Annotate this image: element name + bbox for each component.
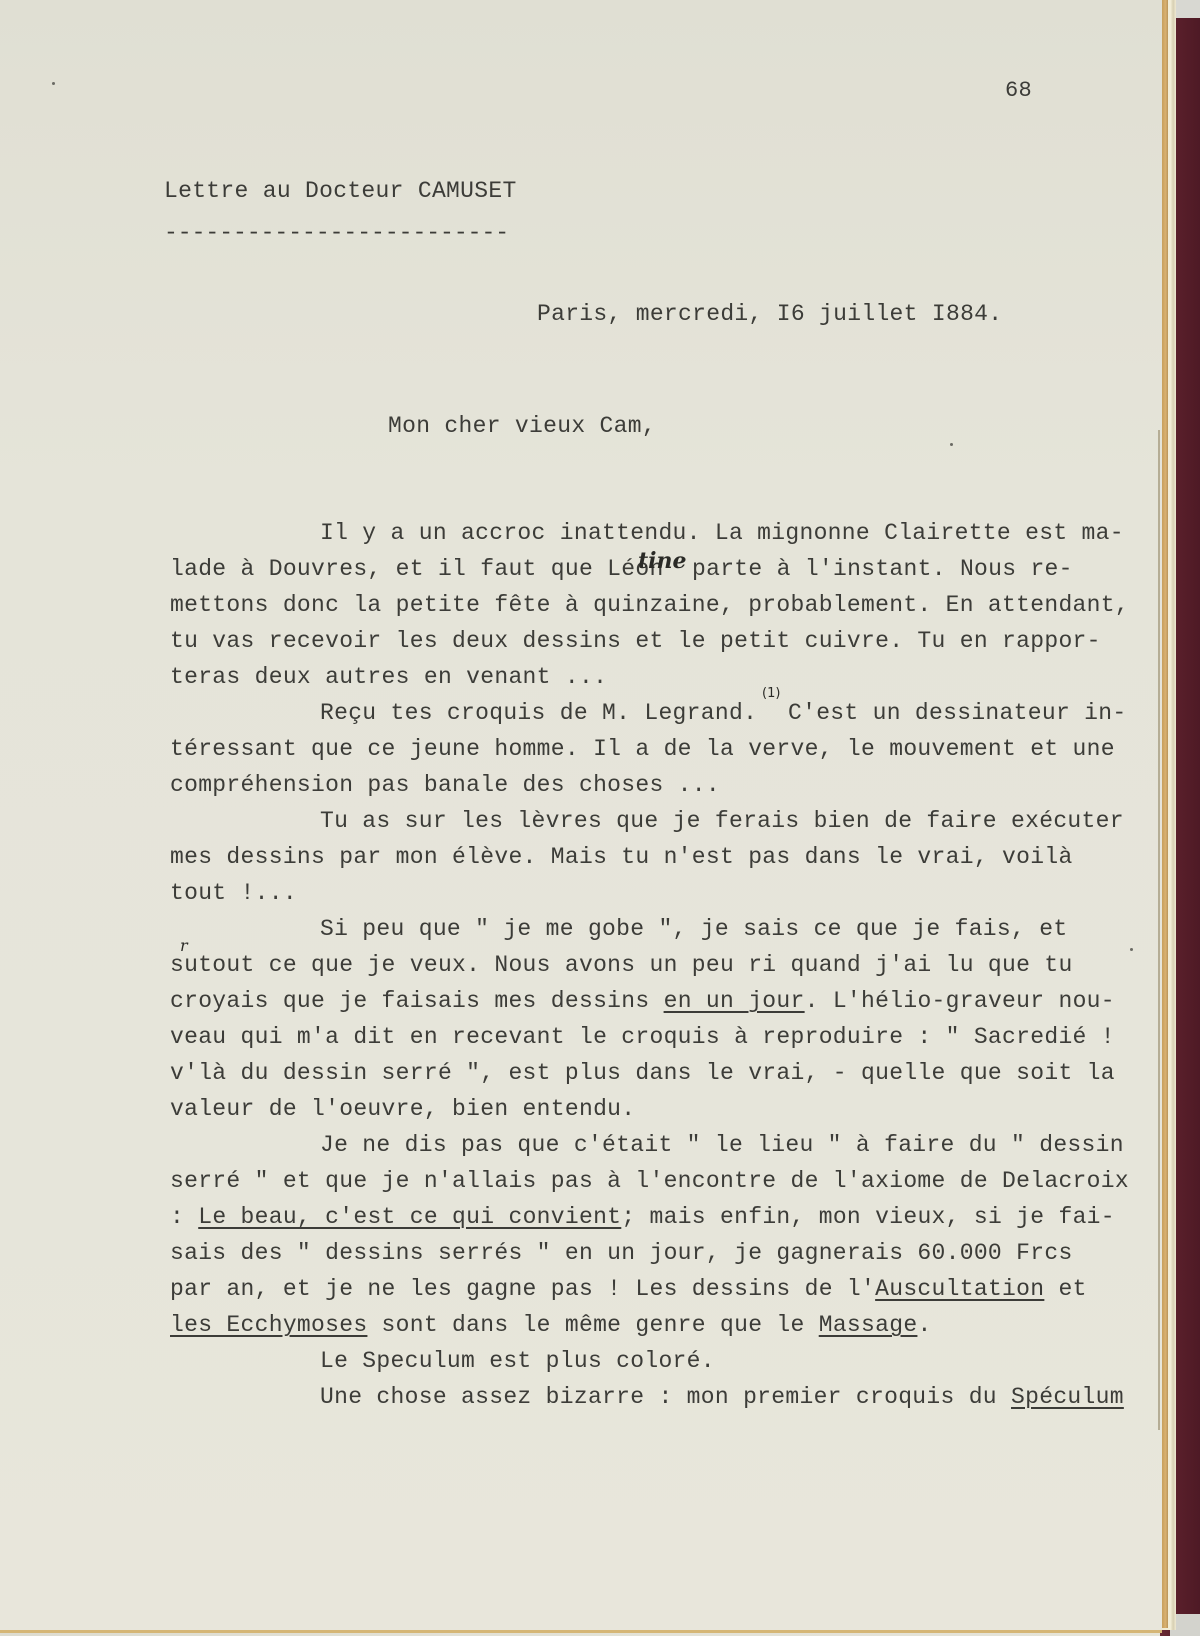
ink-speck xyxy=(52,82,55,85)
gilt-page-edge xyxy=(1162,0,1168,1628)
margin-shadow xyxy=(1158,430,1160,1430)
underlined-title: Auscultation xyxy=(875,1276,1044,1302)
underlined-phrase: en un jour xyxy=(664,988,805,1014)
dateline: Paris, mercredi, I6 juillet I884. xyxy=(537,303,1002,326)
text-run: sont dans le même genre que le xyxy=(367,1312,818,1338)
text-run: . L'hélio-graveur nou- xyxy=(805,988,1115,1014)
underlined-phrase: Le beau, c'est ce qui convient xyxy=(198,1204,621,1230)
heading-rule: ------------------------- xyxy=(164,222,509,245)
body-line: téressant que ce jeune homme. Il a de la… xyxy=(170,738,1115,761)
underlined-title: Massage xyxy=(819,1312,918,1338)
body-line: par an, et je ne les gagne pas ! Les des… xyxy=(170,1278,1087,1301)
text-run: croyais que je faisais mes dessins xyxy=(170,988,664,1014)
footnote-marker: (1) xyxy=(762,686,780,701)
body-line: Une chose assez bizarre : mon premier cr… xyxy=(320,1386,1124,1409)
typed-page: 68 Lettre au Docteur CAMUSET -----------… xyxy=(0,0,1162,1633)
body-line: Le Speculum est plus coloré. xyxy=(320,1350,715,1373)
body-line: sais des " dessins serrés " en un jour, … xyxy=(170,1242,1073,1265)
body-line: les Ecchymoses sont dans le même genre q… xyxy=(170,1314,932,1337)
body-line: mes dessins par mon élève. Mais tu n'est… xyxy=(170,846,1073,869)
underlined-title: Spéculum xyxy=(1011,1384,1124,1410)
text-run: par an, et je ne les gagne pas ! Les des… xyxy=(170,1276,875,1302)
letter-heading: Lettre au Docteur CAMUSET xyxy=(164,180,517,203)
handwritten-insert: tine xyxy=(638,548,687,574)
body-line: v'là du dessin serré ", est plus dans le… xyxy=(170,1062,1115,1085)
body-line: tu vas recevoir les deux dessins et le p… xyxy=(170,630,1101,653)
body-line: Reçu tes croquis de M. Legrand. xyxy=(320,702,757,725)
body-line: tout !... xyxy=(170,882,297,905)
body-line: veau qui m'a dit en recevant le croquis … xyxy=(170,1026,1115,1049)
text-run: . xyxy=(917,1312,931,1338)
body-line: sutout ce que je veux. Nous avons un peu… xyxy=(170,954,1073,977)
text-run: ; mais enfin, mon vieux, si je fai- xyxy=(621,1204,1115,1230)
ink-speck xyxy=(950,443,953,446)
body-line: Il y a un accroc inattendu. La mignonne … xyxy=(320,522,1124,545)
body-line: : Le beau, c'est ce qui convient; mais e… xyxy=(170,1206,1115,1229)
body-line: C'est un dessinateur in- xyxy=(788,702,1126,725)
text-run: : xyxy=(170,1204,198,1230)
body-line: teras deux autres en venant ... xyxy=(170,666,607,689)
body-line: compréhension pas banale des choses ... xyxy=(170,774,720,797)
body-line: Tu as sur les lèvres que je ferais bien … xyxy=(320,810,1124,833)
underlined-title: les Ecchymoses xyxy=(170,1312,367,1338)
body-line: croyais que je faisais mes dessins en un… xyxy=(170,990,1115,1013)
body-line: serré " et que je n'allais pas à l'encon… xyxy=(170,1170,1129,1193)
scanned-document: 68 Lettre au Docteur CAMUSET -----------… xyxy=(0,0,1200,1636)
salutation: Mon cher vieux Cam, xyxy=(388,415,656,438)
body-line: parte à l'instant. Nous re- xyxy=(692,558,1073,581)
body-line: Je ne dis pas que c'était " le lieu " à … xyxy=(320,1134,1124,1157)
body-line: Si peu que " je me gobe ", je sais ce qu… xyxy=(320,918,1067,941)
ink-speck xyxy=(1130,948,1133,951)
body-line: lade à Douvres, et il faut que Léon xyxy=(170,558,664,581)
page-number: 68 xyxy=(1005,80,1032,102)
text-run: et xyxy=(1044,1276,1086,1302)
body-line: mettons donc la petite fête à quinzaine,… xyxy=(170,594,1129,617)
body-line: valeur de l'oeuvre, bien entendu. xyxy=(170,1098,635,1121)
text-run: Une chose assez bizarre : mon premier cr… xyxy=(320,1384,1011,1410)
